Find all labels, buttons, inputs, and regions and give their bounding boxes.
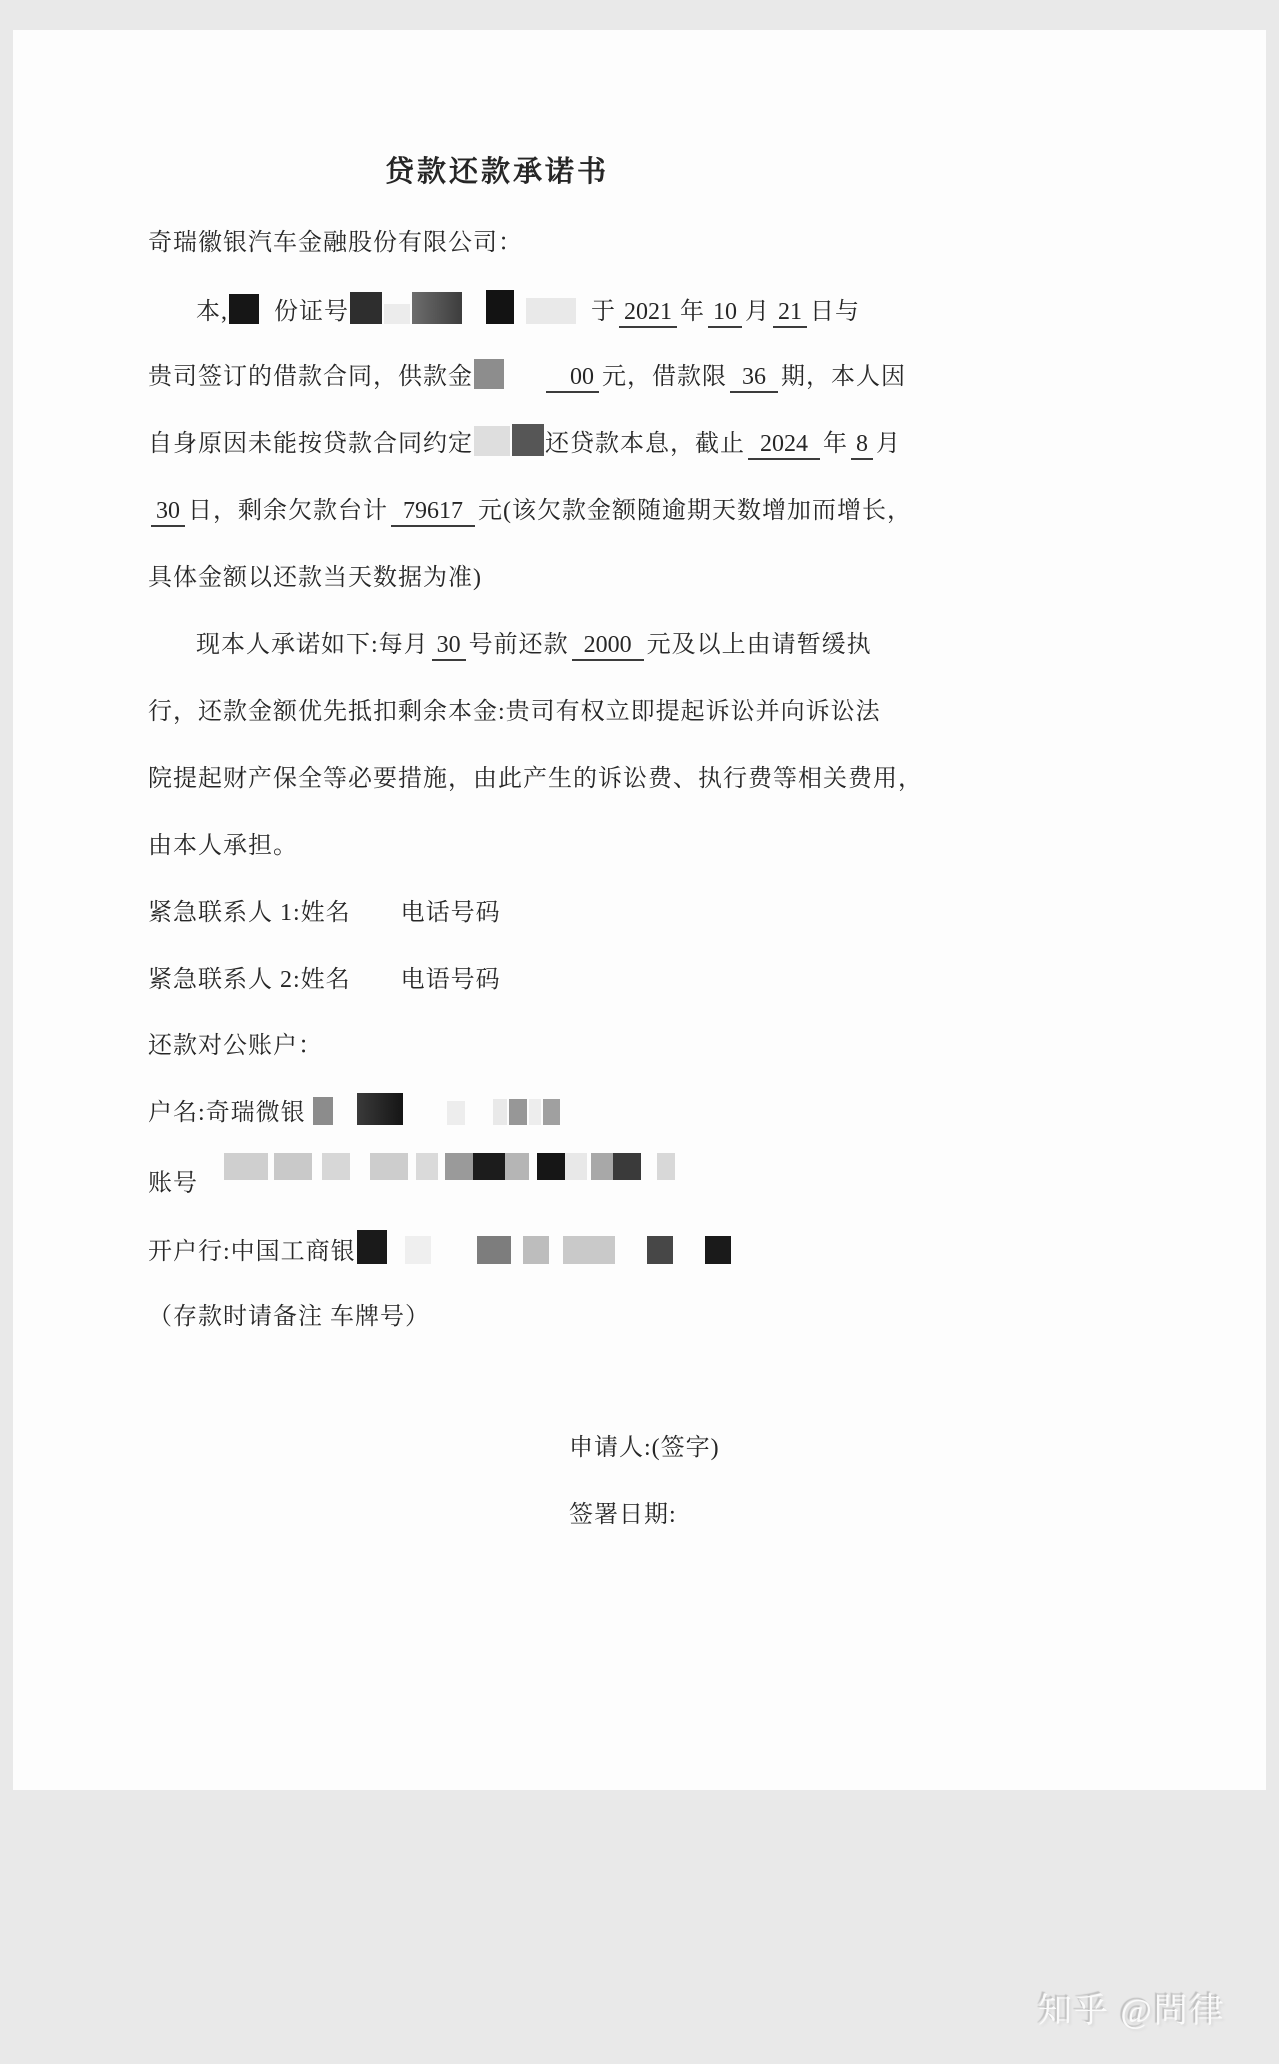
redaction-block [705,1236,731,1264]
redaction-block [313,1097,333,1125]
redaction-block [647,1236,673,1264]
account-header: 还款对公账户： [148,1026,323,1066]
redaction-gap [466,1119,492,1120]
redaction-block [474,426,510,456]
contact-1-phone-label: 电话号码 [401,900,501,926]
contract-month: 10 [708,299,742,328]
signature-date-line: 签署日期: [569,1495,677,1535]
redaction-block [416,1153,438,1180]
redaction-block [224,1153,268,1180]
redaction-block [529,1099,541,1125]
document-title: 贷款还款承诺书 [148,150,846,194]
cutoff-year: 2024 [748,431,820,460]
text-run: 年 [823,431,848,457]
redaction-block [613,1153,641,1180]
outstanding-amount: 79617 [391,498,475,527]
redaction-gap [512,1258,522,1259]
contact-1-label: 紧急联系人 1:姓名 [148,900,351,926]
redaction-block [537,1153,565,1180]
zhihu-watermark: 知乎 @問律 [1038,1983,1226,2032]
account-number-label: 账号 [148,1170,198,1196]
body-line-2: 贵司签订的借款合同，供款金00元，借款限36期，本人因 [148,357,846,397]
body-line-6: 现本人承诺如下:每月30号前还款2000元及以上由请暂缓执 [148,625,846,665]
redaction-gap [529,1189,537,1190]
redaction-block [384,304,410,324]
text-run: 于 [591,299,616,325]
redaction-block [509,1099,527,1125]
text-run: 月 [876,431,901,457]
contact-2-phone-label: 电语号码 [401,967,501,993]
field-gap [351,986,401,987]
redaction-block [322,1153,350,1180]
account-bank-label: 开户行:中国工商银 [148,1239,356,1265]
text-run: 本, [196,299,228,325]
text-run: 月 [745,299,770,325]
text-run: 贵司签订的借款合同，供款金 [148,364,473,390]
redaction-gap [432,1258,476,1259]
field-gap [351,919,401,920]
body-line-8: 院提起财产保全等必要措施，由此产生的诉讼费、执行费等相关费用， [148,759,846,799]
redaction-block [523,1236,549,1264]
account-bank-line: 开户行:中国工商银 [148,1230,732,1270]
deposit-note-line: （存款时请备注 车牌号） [148,1297,430,1337]
redaction-gap [505,383,543,384]
text-run: 现本人承诺如下:每月 [196,632,429,658]
body-line-9: 由本人承担。 [148,826,298,866]
redaction-block [493,1099,507,1125]
redaction-row [445,1170,675,1196]
salutation-line: 奇瑞徽银汽车金融股份有限公司： [148,223,523,263]
redaction-block [474,359,504,389]
account-number-line: 账号 [148,1152,675,1212]
loan-terms: 36 [730,364,778,393]
redaction-gap [306,1119,312,1120]
redaction-block [657,1153,675,1180]
redaction-block [505,1153,529,1180]
redaction-block [563,1236,615,1264]
redaction-block [486,290,514,324]
text-run: 元及以上由请暂缓执 [647,632,872,658]
text-run: 自身原因未能按贷款合同约定 [148,431,473,457]
redaction-gap [268,1189,274,1190]
redaction-gap [616,1258,646,1259]
body-line-5: 具体金额以还款当天数据为准) [148,558,482,598]
text-run: 期，本人因 [781,364,906,390]
redaction-block [526,298,576,324]
redaction-gap [550,1258,562,1259]
redaction-block [512,424,544,456]
redaction-gap [515,318,525,319]
account-holder-label: 户名:奇瑞微银 [148,1100,306,1126]
body-line-4: 30日，剩余欠款台计79617元(该欠款金额随逾期天数增加而增长， [148,491,846,531]
redaction-block [357,1093,403,1125]
redaction-gap [312,1189,322,1190]
redaction-block [350,292,382,324]
redaction-gap [587,1189,591,1190]
redaction-block [445,1153,473,1180]
redaction-block [591,1153,613,1180]
document-page: 贷款还款承诺书 奇瑞徽银汽车金融股份有限公司： 本,份证号于2021年10月21… [13,30,1266,1790]
text-run: 还贷款本息，截止 [545,431,745,457]
monthly-pay-day: 30 [432,632,466,661]
text-run: 年 [680,299,705,325]
redaction-gap [388,1258,404,1259]
contact-2-label: 紧急联系人 2:姓名 [148,967,351,993]
redaction-gap [404,1119,446,1120]
redaction-gap [641,1189,657,1190]
redaction-block [405,1236,431,1264]
redaction-block [229,294,259,324]
body-line-7: 行，还款金额优先抵扣剩余本金:贵司有权立即提起诉讼并向诉讼法 [148,692,846,732]
body-line-1: 本,份证号于2021年10月21日与 [148,290,846,330]
redaction-block [370,1153,408,1180]
redaction-gap [577,318,591,319]
redaction-gap [463,318,485,319]
text-run: 日，剩余欠款台计 [188,498,388,524]
text-run: 元，借款限 [602,364,727,390]
text-run: 元(该欠款金额随逾期天数增加而增长， [478,498,912,524]
cutoff-day: 30 [151,498,185,527]
text-run: 号前还款 [469,632,569,658]
redaction-gap [334,1119,356,1120]
contract-year: 2021 [619,299,677,328]
redaction-gap [408,1189,416,1190]
redaction-gap [260,318,274,319]
redaction-row [224,1170,438,1196]
emergency-contact-1: 紧急联系人 1:姓名电话号码 [148,893,501,933]
redaction-block [412,292,462,324]
body-line-3: 自身原因未能按贷款合同约定还贷款本息，截止2024年8月 [148,424,846,464]
monthly-pay-amount: 2000 [572,632,644,661]
loan-amount-tail: 00 [546,364,599,393]
redaction-block [565,1153,587,1180]
redaction-gap [674,1258,704,1259]
account-holder-line: 户名:奇瑞微银 [148,1093,561,1133]
text-run: 份证号 [274,299,349,325]
redaction-block [543,1099,560,1125]
applicant-signature-line: 申请人:(签字) [569,1428,720,1468]
account-number-redaction [224,1153,675,1213]
cutoff-month: 8 [851,431,873,460]
redaction-block [477,1236,511,1264]
contract-day: 21 [773,299,807,328]
emergency-contact-2: 紧急联系人 2:姓名电语号码 [148,960,501,1000]
redaction-gap [350,1189,370,1190]
redaction-block [274,1153,312,1180]
redaction-block [357,1230,387,1264]
redaction-block [473,1153,505,1180]
redaction-block [447,1101,465,1125]
screenshot-root: { "document": { "title": "贷款还款承诺书", "sal… [0,0,1279,2064]
text-run: 日与 [810,299,860,325]
